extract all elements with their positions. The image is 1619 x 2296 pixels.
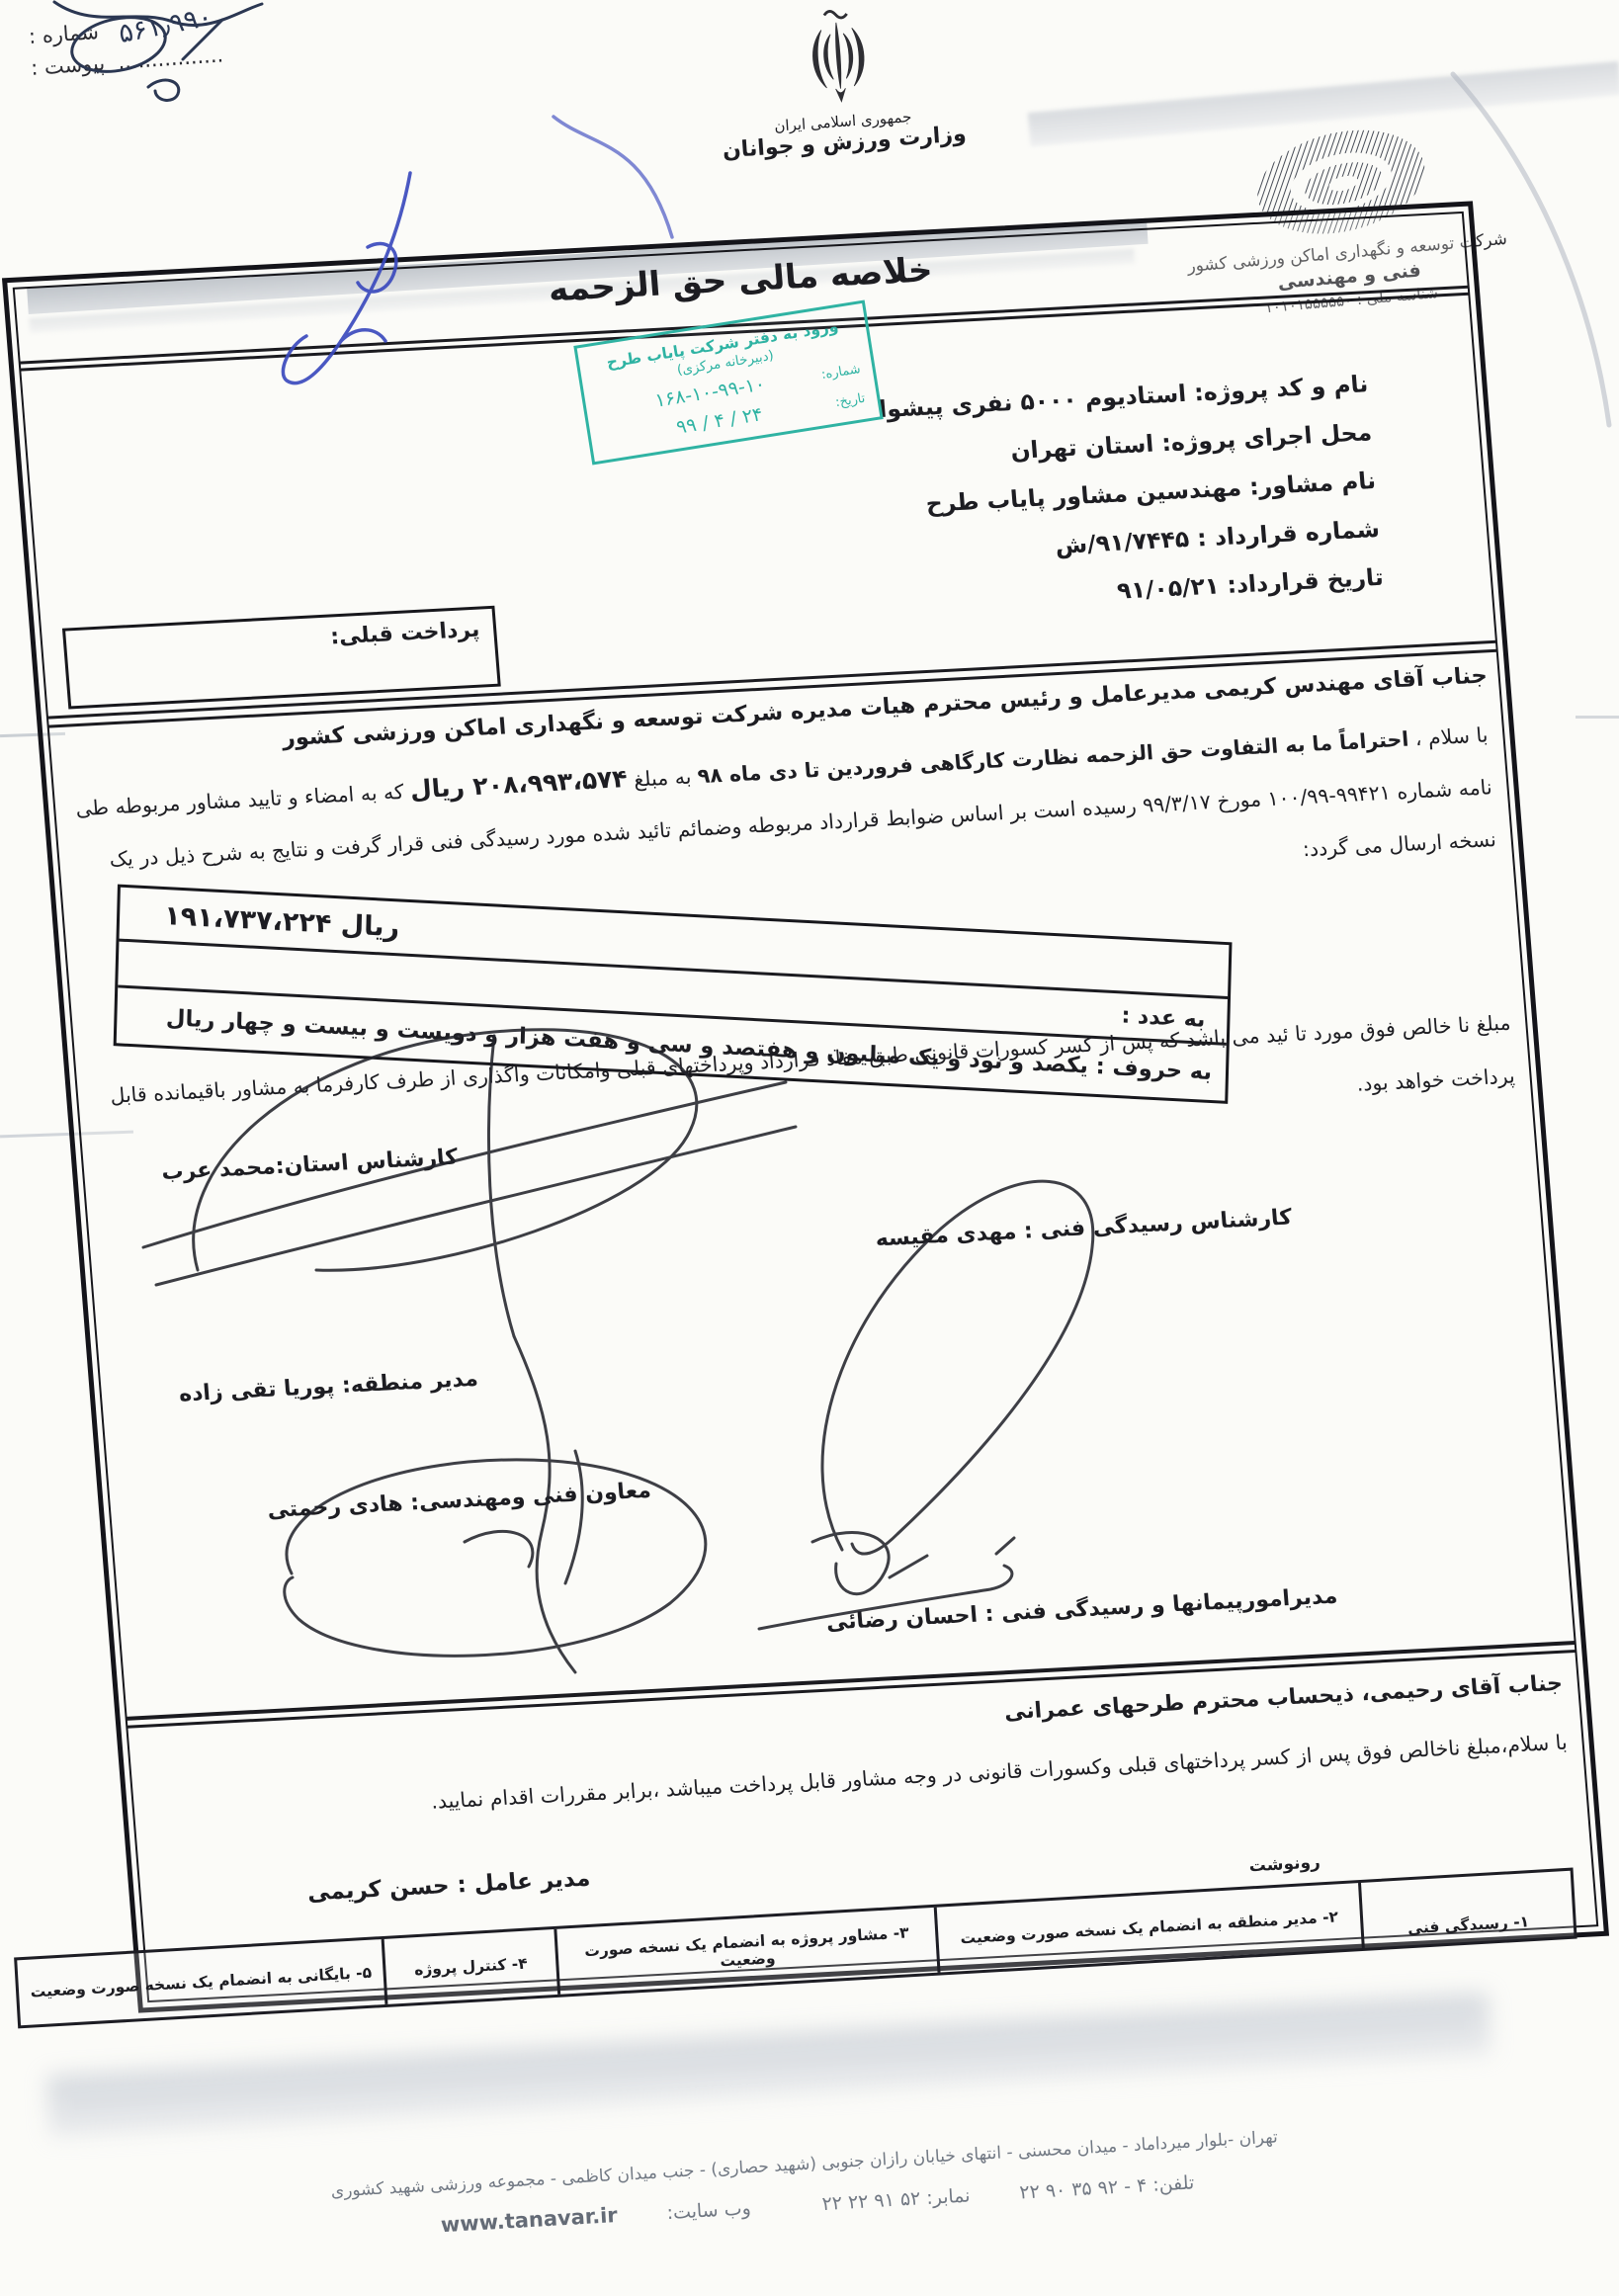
- footer-fax: نمابر: ۵۲ ۹۱ ۲۲ ۲۲: [821, 2184, 971, 2215]
- stamp-date-label: تاریخ:: [834, 390, 866, 410]
- signature-contracts-manager: مدیرامورپیمانها و رسیدگی فنی : احسان رضا…: [825, 1584, 1338, 1636]
- field-contract-number-value: ۹۱/۷۴۴۵/ش: [1055, 525, 1191, 559]
- cc-item-1: ۱- رسیدگی فنی: [1358, 1871, 1574, 1948]
- signature-technical-deputy: معاون فنی ومهندسی: هادی رحمتی: [267, 1479, 652, 1523]
- previous-payment-box: پرداخت قبلی:: [62, 606, 501, 710]
- iran-emblem-icon: [794, 5, 884, 108]
- body-subject: احتراماً ما به التفاوت حق الزحمه نظارت ک…: [697, 727, 1409, 789]
- signature-region-manager: مدیر منطقه: پوریا تقی زاده: [178, 1367, 479, 1407]
- letterhead-meta: ۵۶۱٫۹۹۰ شماره : ................ پیوست :: [28, 0, 427, 96]
- section-rule-3: [127, 1641, 1576, 1721]
- footer-phone: تلفن: ۴ - ۹۲ ۳۵ ۹۰ ۲۲: [1019, 2171, 1195, 2203]
- footer-website-url: www.tanavar.ir: [440, 2203, 618, 2237]
- scanned-document-page: { "meta": { "number_label": "شماره :", "…: [0, 0, 1619, 2296]
- field-consultant-value: مهندسین مشاور پایاب طرح: [925, 473, 1242, 518]
- net-amount-value: ۱۹۱،۷۳۷،۲۲۴ ریال: [164, 900, 400, 943]
- body-salutation: با سلام ،: [1414, 723, 1489, 750]
- page-footer: تهران -بلوار میرداماد - میدان محسنی - ان…: [73, 2112, 1537, 2257]
- field-consultant-label: نام مشاور:: [1248, 467, 1377, 501]
- field-contract-date-value: ۹۱/۰۵/۲۱: [1116, 571, 1220, 604]
- signature-contracts-manager-name: احسان رضائی: [825, 1603, 979, 1636]
- signature-region-manager-label: مدیر منطقه:: [341, 1367, 479, 1399]
- signature-province-expert-name: محمد عرب: [160, 1154, 276, 1185]
- final-addressee: جناب آقای رحیمی، ذیحساب محترم طرحهای عمر…: [1003, 1671, 1564, 1726]
- cc-label: رونوشت: [1248, 1852, 1321, 1876]
- signature-technical-deputy-label: معاون فنی ومهندسی:: [409, 1479, 652, 1516]
- ceo-label: مدیر عامل :: [457, 1866, 592, 1899]
- blue-annotation-stroke-4: [554, 117, 672, 237]
- signature-technical-review-expert-label: کارشناس رسیدگی فنی :: [1023, 1205, 1293, 1243]
- field-project-name-value: استادیوم ۵۰۰۰ نفری پیشوا: [878, 380, 1187, 423]
- main-form: خلاصه مالی حق الزحمه نام و کد پروژه: است…: [2, 201, 1609, 2012]
- field-project-location-value: استان تهران: [1009, 430, 1154, 466]
- final-body: با سلام،مبلغ ناخالص فوق پس از کسر پرداخت…: [185, 1716, 1569, 1842]
- field-project-location-label: محل اجرای پروژه:: [1160, 418, 1373, 457]
- signature-region-manager-name: پوریا تقی زاده: [178, 1374, 335, 1406]
- cc-item-3: ۳- مشاور پروژه به انضمام یک نسخه صورت وض…: [554, 1908, 937, 1995]
- footer-website: وب سایت: www.tanavar.ir: [418, 2196, 773, 2239]
- letter-number-handwritten: ۵۶۱٫۹۹۰: [117, 1, 215, 49]
- previous-payment-label: پرداخت قبلی:: [65, 609, 494, 664]
- body-continuation: که به امضاء و تایید مشاور مربوطه طی نامه…: [75, 775, 1497, 871]
- field-project-name-label: نام و کد پروژه:: [1193, 370, 1369, 406]
- ceo-name: حسن کریمی: [306, 1873, 451, 1906]
- field-contract-date-label: تاریخ قرارداد:: [1226, 563, 1384, 599]
- cc-item-5: ۵- بایگانی به انضمام یک نسخه صورت وضعیت: [17, 1939, 384, 2025]
- attachment-label: پیوست :: [30, 51, 105, 80]
- signature-technical-deputy-name: هادی رحمتی: [267, 1491, 404, 1523]
- scan-crease-right: [1576, 716, 1619, 719]
- field-contract-number-label: شماره قرارداد :: [1196, 515, 1381, 553]
- stamp-number-label: شماره:: [820, 362, 862, 383]
- body-amount-prefix: به مبلغ: [633, 765, 692, 792]
- body-gross-amount: ۲۰۸،۹۹۳،۵۷۴ ریال: [409, 764, 629, 804]
- footer-website-label: وب سایت:: [666, 2197, 751, 2224]
- cc-item-4: ۴- کنترل پروژه: [382, 1929, 558, 2004]
- signature-technical-review-expert-name: مهدی مقیسه: [875, 1220, 1018, 1251]
- signature-technical-review-expert: کارشناس رسیدگی فنی : مهدی مقیسه: [875, 1205, 1293, 1251]
- signature-contracts-manager-label: مدیرامورپیمانها و رسیدگی فنی :: [984, 1584, 1338, 1628]
- ministry-header: جمهوری اسلامی ایران وزارت ورزش و جوانان: [687, 0, 993, 165]
- attachment-dots: ................: [118, 43, 224, 73]
- cc-item-2: ۲- مدیر منطقه به انضمام یک نسخه صورت وضع…: [934, 1883, 1362, 1973]
- letter-number-label: شماره :: [28, 20, 100, 48]
